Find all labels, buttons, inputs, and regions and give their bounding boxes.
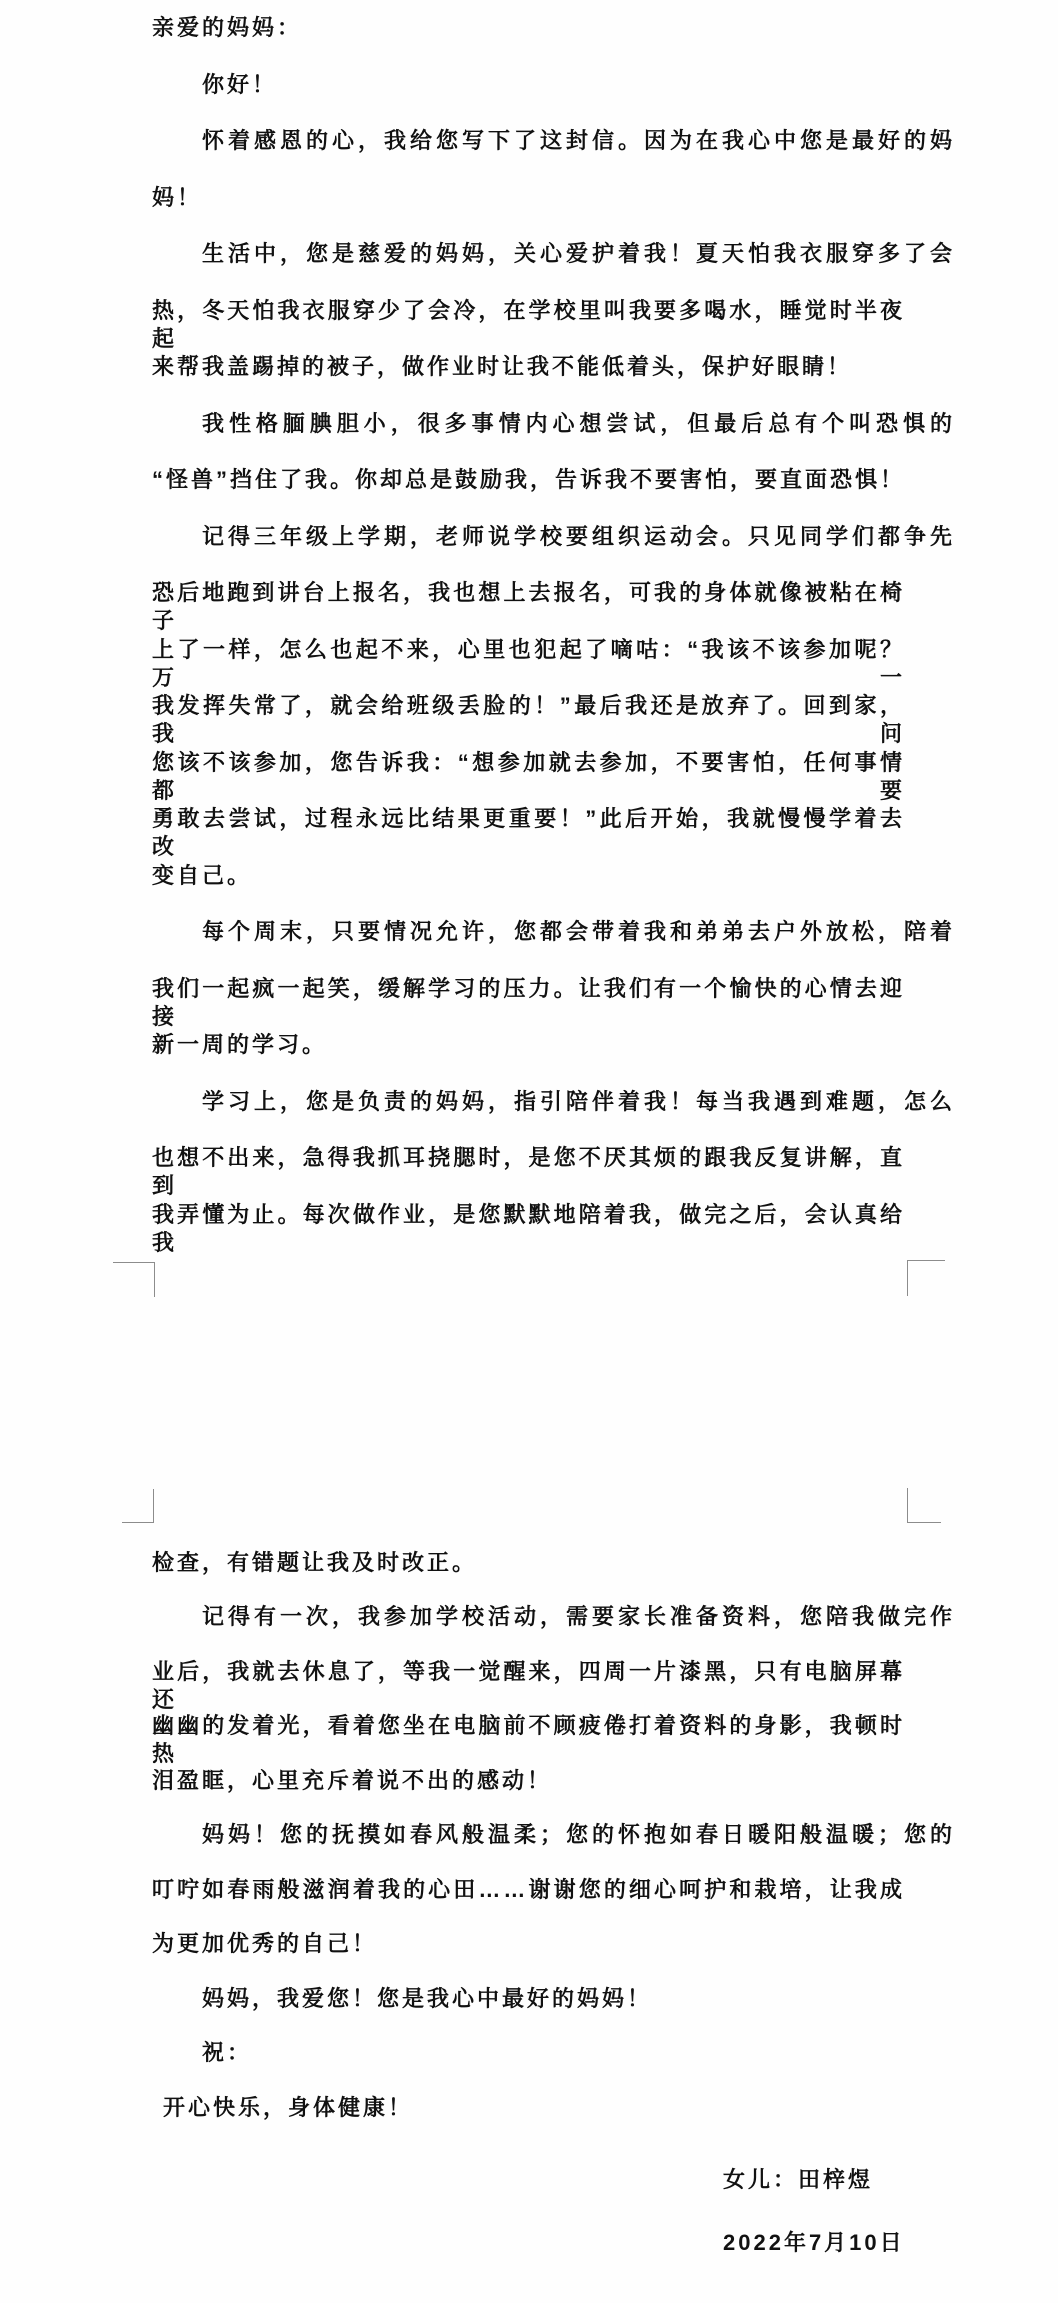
letter-line: 学习上，您是负责的妈妈，指引陪伴着我！每当我遇到难题，怎么: [152, 1088, 955, 1116]
letter-blessing-line: 开心快乐，身体健康！: [152, 2094, 916, 2122]
letter-line: 亲爱的妈妈：: [152, 14, 905, 42]
signature-name: 女儿：田梓煜: [723, 2163, 873, 2194]
letter-line: 每个周末，只要情况允许，您都会带着我和弟弟去户外放松，陪着: [152, 918, 955, 946]
letter-line: 我性格腼腆胆小，很多事情内心想尝试，但最后总有个叫恐惧的: [152, 410, 955, 438]
letter-document-page: 亲爱的妈妈： 你好！ 怀着感恩的心，我给您写下了这封信。因为在我心中您是最好的妈…: [0, 0, 1058, 2303]
letter-line: 幽幽的发着光，看着您坐在电脑前不顾疲倦打着资料的身影，我顿时热: [152, 1712, 905, 1767]
page2-top-right-margin-mark: [907, 1488, 941, 1523]
letter-line: 也想不出来，急得我抓耳挠腮时，是您不厌其烦的跟我反复讲解，直到: [152, 1144, 905, 1199]
letter-line: 我发挥失常了，就会给班级丢脸的！”最后我还是放弃了。回到家，我问: [152, 692, 905, 747]
page2-top-left-margin-mark: [122, 1489, 154, 1523]
letter-line: 我弄懂为止。每次做作业，是您默默地陪着我，做完之后，会认真给我: [152, 1201, 905, 1256]
letter-line: 生活中，您是慈爱的妈妈，关心爱护着我！夏天怕我衣服穿多了会: [152, 240, 955, 268]
letter-line: 为更加优秀的自己！: [152, 1930, 905, 1958]
letter-line: 怀着感恩的心，我给您写下了这封信。因为在我心中您是最好的妈: [152, 127, 955, 155]
page1-bottom-right-margin-mark: [907, 1260, 945, 1296]
letter-line: 您该不该参加，您告诉我：“想参加就去参加，不要害怕，任何事情都要: [152, 749, 905, 804]
letter-line: 妈！: [152, 184, 905, 212]
letter-line: 勇敢去尝试，过程永远比结果更重要！”此后开始，我就慢慢学着去改: [152, 805, 905, 860]
letter-line: 你好！: [152, 71, 955, 99]
letter-line: 检查，有错题让我及时改正。: [152, 1549, 905, 1577]
letter-line: 来帮我盖踢掉的被子，做作业时让我不能低着头，保护好眼睛！: [152, 353, 905, 381]
letter-line: 我们一起疯一起笑，缓解学习的压力。让我们有一个愉快的心情去迎接: [152, 975, 905, 1030]
letter-line: 上了一样，怎么也起不来，心里也犯起了嘀咕：“我该不该参加呢？万一: [152, 636, 905, 691]
signature-date: 2022年7月10日: [723, 2226, 905, 2257]
letter-line: 记得有一次，我参加学校活动，需要家长准备资料，您陪我做完作: [152, 1603, 955, 1631]
letter-line: 妈妈！您的抚摸如春风般温柔；您的怀抱如春日暖阳般温暖；您的: [152, 1821, 955, 1849]
letter-line: 业后，我就去休息了，等我一觉醒来，四周一片漆黑，只有电脑屏幕还: [152, 1658, 905, 1713]
letter-line: “怪兽”挡住了我。你却总是鼓励我，告诉我不要害怕，要直面恐惧！: [152, 466, 905, 494]
letter-salutation-line: 祝：: [152, 2039, 955, 2067]
letter-line: 变自己。: [152, 862, 905, 890]
page1-bottom-left-margin-mark: [113, 1262, 155, 1297]
letter-line: 泪盈眶，心里充斥着说不出的感动！: [152, 1767, 905, 1795]
letter-line: 叮咛如春雨般滋润着我的心田……谢谢您的细心呵护和栽培，让我成: [152, 1876, 905, 1904]
letter-line: 热，冬天怕我衣服穿少了会冷，在学校里叫我要多喝水，睡觉时半夜起: [152, 297, 905, 352]
letter-line: 妈妈，我爱您！您是我心中最好的妈妈！: [152, 1985, 955, 2013]
letter-line: 记得三年级上学期，老师说学校要组织运动会。只见同学们都争先: [152, 523, 955, 551]
letter-line: 新一周的学习。: [152, 1031, 905, 1059]
letter-line: 恐后地跑到讲台上报名，我也想上去报名，可我的身体就像被粘在椅子: [152, 579, 905, 634]
